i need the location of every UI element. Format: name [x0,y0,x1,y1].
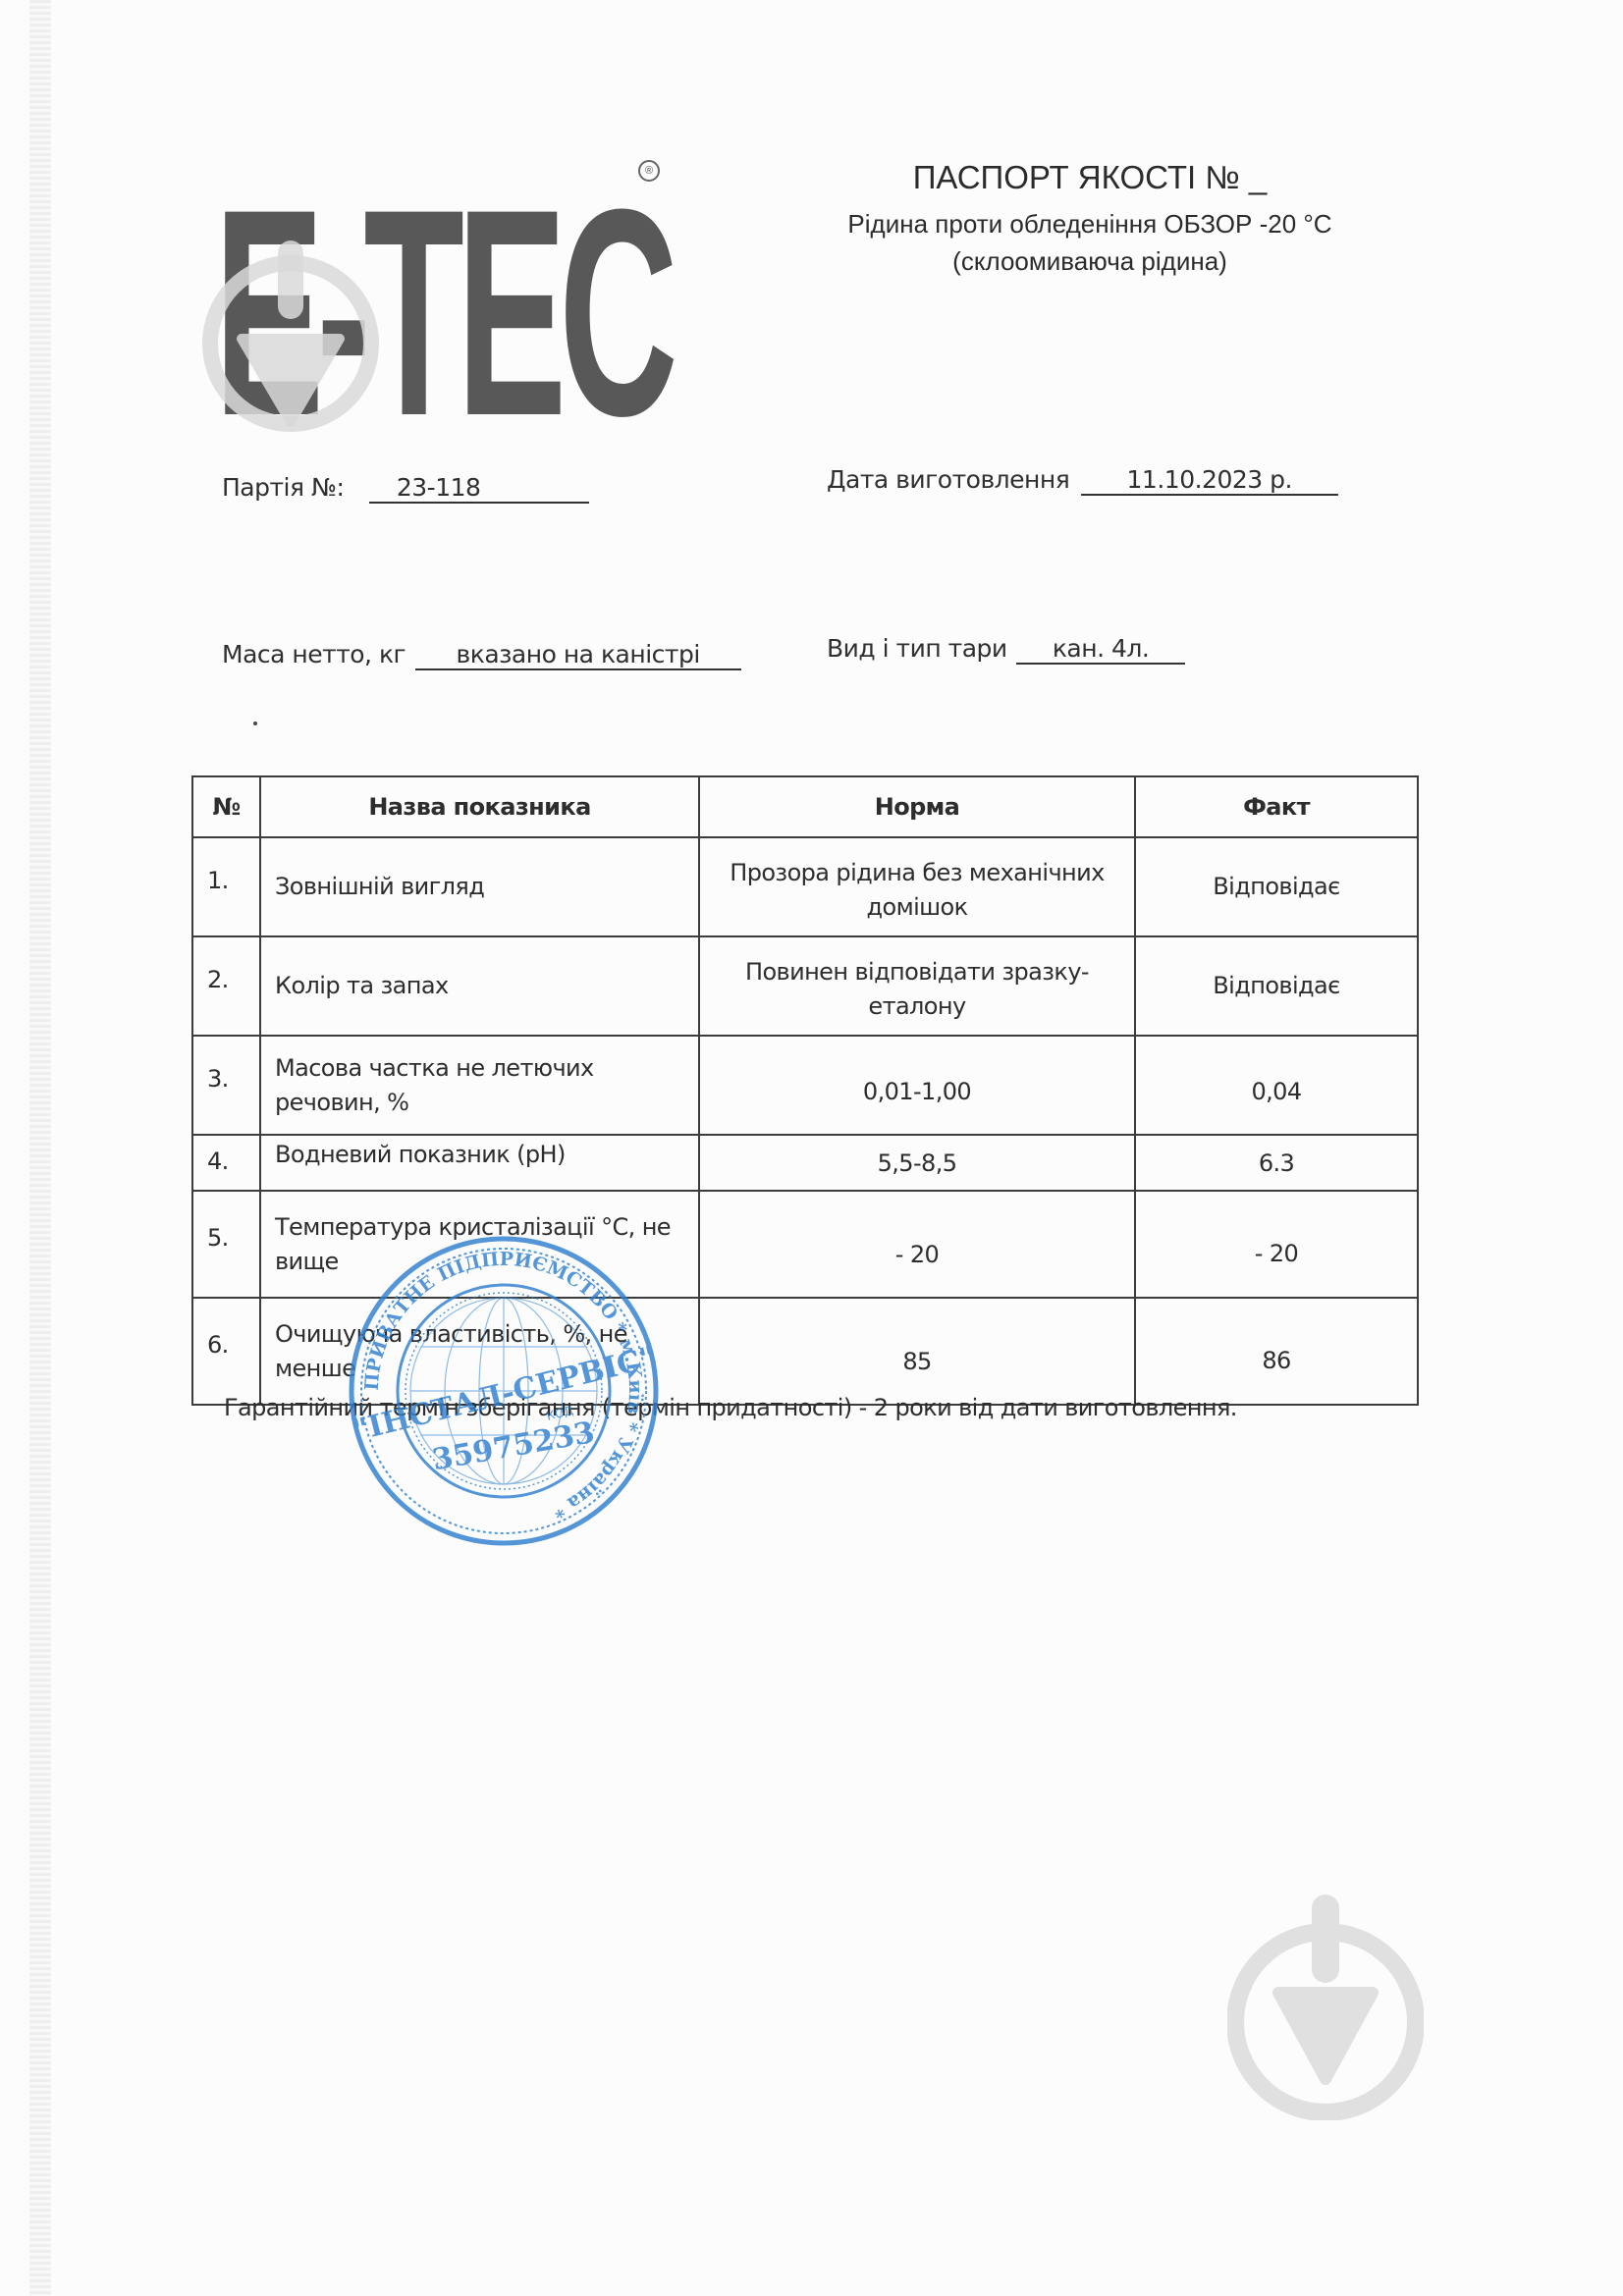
table-row: 1. Зовнішній вигляд Прозора рідина без м… [192,837,1418,936]
row-number: 4. [192,1135,260,1191]
date-label: Дата виготовлення [827,465,1069,494]
scan-edge-artifact [29,0,51,2296]
row-number: 2. [192,936,260,1036]
indicator-fact: 86 [1135,1298,1418,1405]
row-number: 5. [192,1191,260,1298]
document-title-block: ПАСПОРТ ЯКОСТІ № _ Рідина проти обледені… [785,159,1394,280]
product-type: (склоомиваюча рідина) [785,243,1394,281]
header-norm: Норма [699,776,1135,837]
container-label: Вид і тип тари [827,634,1007,663]
stamp-code: 35975233 [430,1415,598,1477]
indicator-fact: Відповідає [1135,936,1418,1036]
container-field: Вид і тип тари кан. 4л. [827,634,1185,665]
date-value: 11.10.2023 р. [1081,465,1338,496]
container-value: кан. 4л. [1016,634,1185,665]
indicator-fact: 0,04 [1135,1036,1418,1135]
header-fact: Факт [1135,776,1418,837]
indicator-name: Водневий показник (pH) [260,1135,699,1191]
indicator-name: Колір та запах [260,936,699,1036]
document-title: ПАСПОРТ ЯКОСТІ № _ [785,159,1394,196]
indicator-norm: 0,01-1,00 [699,1036,1135,1135]
net-mass-label: Маса нетто, кг [222,640,406,668]
table-row: 2. Колір та запах Повинен відповідати зр… [192,936,1418,1036]
row-number: 6. [192,1298,260,1405]
indicator-norm: 5,5-8,5 [699,1135,1135,1191]
product-name: Рідина проти обледеніння ОБЗОР -20 °C [785,206,1394,243]
indicator-norm: 85 [699,1298,1135,1405]
registered-mark: ® [638,160,660,182]
batch-field: Партія №: 23-118 [222,473,589,504]
row-number: 1. [192,837,260,936]
indicator-name: Масова частка не летючих речовин, % [260,1036,699,1135]
indicator-norm: Повинен відповідати зразку-еталону [699,936,1135,1036]
indicator-name: Зовнішній вигляд [260,837,699,936]
table-row: 4. Водневий показник (pH) 5,5-8,5 6.3 [192,1135,1418,1191]
indicator-fact: - 20 [1135,1191,1418,1298]
indicator-fact: 6.3 [1135,1135,1418,1191]
table-row: 3. Масова частка не летючих речовин, % 0… [192,1036,1418,1135]
batch-value: 23-118 [369,473,589,504]
header-number: № [192,776,260,837]
scan-dot [253,721,257,725]
indicator-fact: Відповідає [1135,837,1418,936]
indicator-norm: - 20 [699,1191,1135,1298]
net-mass-field: Маса нетто, кг вказано на каністрі [222,640,741,670]
watermark-trowel-icon [1227,1895,1424,2120]
table-header-row: № Назва показника Норма Факт [192,776,1418,837]
company-stamp: ПРИВАТНЕ ПІДПРИЄМСТВО * м.Київ * Україна… [342,1229,666,1553]
net-mass-value: вказано на каністрі [415,640,741,670]
manufacture-date-field: Дата виготовлення 11.10.2023 р. [827,465,1338,496]
indicator-norm: Прозора рідина без механічних домішок [699,837,1135,936]
header-indicator-name: Назва показника [260,776,699,837]
watermark-trowel-icon [192,231,389,437]
batch-label: Партія №: [222,473,344,502]
row-number: 3. [192,1036,260,1135]
